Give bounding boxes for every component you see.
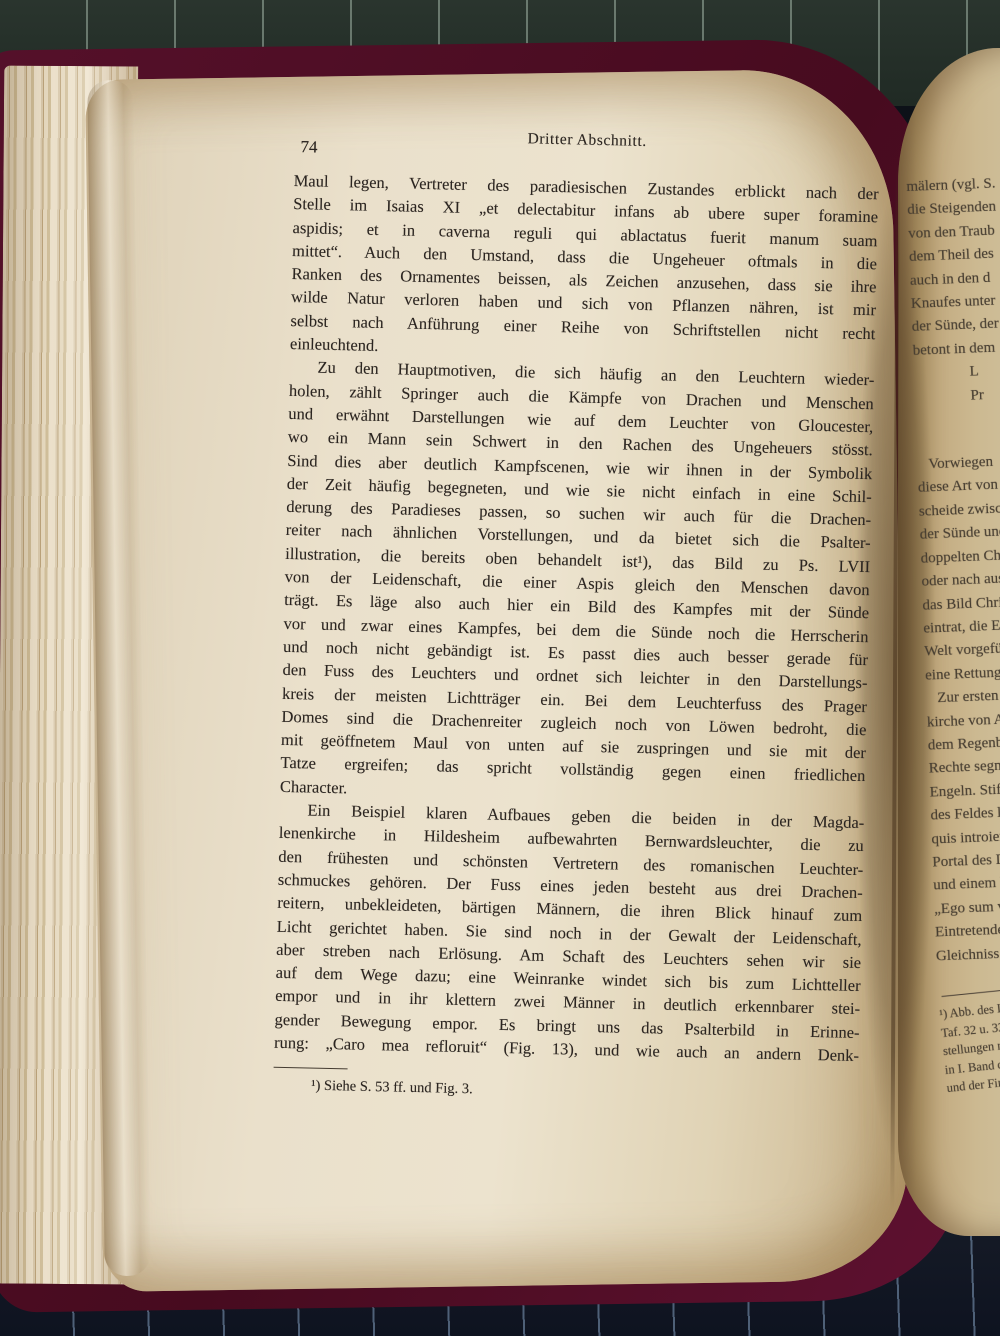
fragment-block: ¹) Abb. des LeTaf. 32 u. 33. Währstellun… [938, 964, 1000, 1098]
body-text: Maul legen, Vertreter des paradiesischen… [274, 169, 879, 1067]
page-number: 74 [300, 137, 317, 157]
footnote-rule [274, 1067, 348, 1070]
paragraph: Zu den Hauptmotiven, die sich häufig an … [280, 355, 875, 811]
paragraph: Ein Beispiel klaren Aufbaues geben die b… [274, 798, 865, 1067]
left-page-text: Dritter Abschnitt. 74 Maul legen, Vertre… [273, 124, 880, 1108]
fragment-line: Vorwiegen [917, 441, 1000, 477]
fragment-block: mälern (vgl. S.die Steigendenvon den Tra… [906, 163, 1000, 363]
paragraph: Maul legen, Vertreter des paradiesischen… [290, 169, 879, 369]
book-photo-scene: Dritter Abschnitt. 74 Maul legen, Vertre… [0, 0, 1000, 1336]
fragment-line: ¹) Abb. des Le [938, 973, 1000, 1024]
